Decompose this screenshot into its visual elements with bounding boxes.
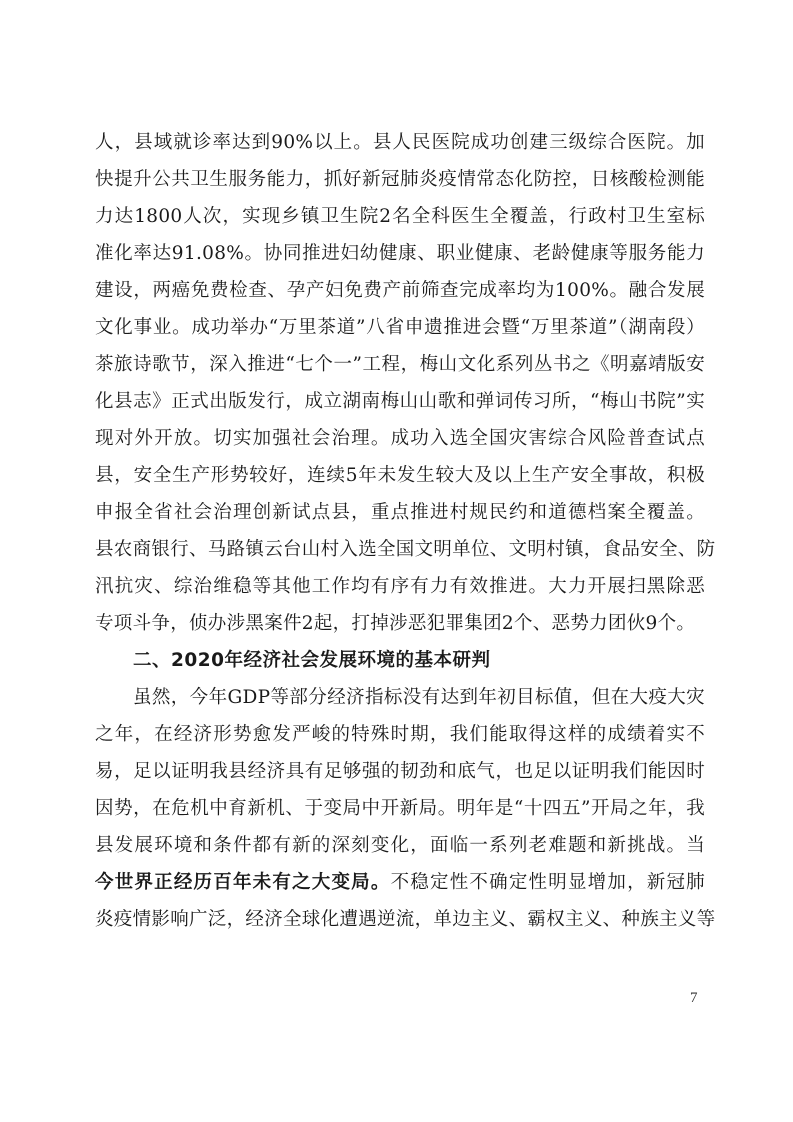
body-line: 今世界正经历百年未有之大变局。不稳定性不确定性明显增加，新冠肺	[95, 864, 705, 901]
body-line: 汛抗灾、综治维稳等其他工作均有序有力有效推进。大力开展扫黑除恶	[95, 568, 705, 605]
emphasized-text: 今世界正经历百年未有之大变局。	[95, 872, 391, 893]
body-line: 建设，两癌免费检查、孕产妇免费产前筛查完成率均为100%。融合发展	[95, 272, 705, 309]
body-line: 虽然，今年GDP等部分经济指标没有达到年初目标值，但在大疫大灾	[133, 679, 705, 716]
body-line: 县发展环境和条件都有新的深刻变化，面临一系列老难题和新挑战。当	[95, 827, 705, 864]
section-heading: 二、2020年经济社会发展环境的基本研判	[133, 642, 705, 679]
body-line: 县农商银行、马路镇云台山村入选全国文明单位、文明村镇，食品安全、防	[95, 531, 705, 568]
body-line: 县，安全生产形势较好，连续5年未发生较大及以上生产安全事故，积极	[95, 457, 705, 494]
body-line: 之年，在经济形势愈发严峻的特殊时期，我们能取得这样的成绩着实不	[95, 716, 705, 753]
body-line: 快提升公共卫生服务能力，抓好新冠肺炎疫情常态化防控，日核酸检测能	[95, 161, 705, 198]
body-line: 易，足以证明我县经济具有足够强的韧劲和底气，也足以证明我们能因时	[95, 753, 705, 790]
body-line: 申报全省社会治理创新试点县，重点推进村规民约和道德档案全覆盖。	[95, 494, 705, 531]
body-line: 专项斗争，侦办涉黑案件2起，打掉涉恶犯罪集团2个、恶势力团伙9个。	[95, 605, 705, 642]
page-number: 7	[690, 990, 698, 1007]
body-line: 因势，在危机中育新机、于变局中开新局。明年是“十四五”开局之年，我	[95, 790, 705, 827]
body-line: 炎疫情影响广泛，经济全球化遭遇逆流，单边主义、霸权主义、种族主义等	[95, 901, 705, 938]
body-line: 茶旅诗歌节，深入推进“七个一”工程，梅山文化系列丛书之《明嘉靖版安	[95, 346, 705, 383]
body-line: 准化率达91.08%。协同推进妇幼健康、职业健康、老龄健康等服务能力	[95, 235, 705, 272]
body-line: 化县志》正式出版发行，成立湖南梅山山歌和弹词传习所，“梅山书院”实	[95, 383, 705, 420]
body-line: 力达1800人次，实现乡镇卫生院2名全科医生全覆盖，行政村卫生室标	[95, 198, 705, 235]
body-line: 现对外开放。切实加强社会治理。成功入选全国灾害综合风险普查试点	[95, 420, 705, 457]
body-line: 文化事业。成功举办“万里茶道”八省申遗推进会暨“万里茶道”（湖南段）	[95, 309, 705, 346]
body-line: 人，县域就诊率达到90%以上。县人民医院成功创建三级综合医院。加	[95, 124, 705, 161]
body-text: 不稳定性不确定性明显增加，新冠肺	[391, 872, 705, 893]
